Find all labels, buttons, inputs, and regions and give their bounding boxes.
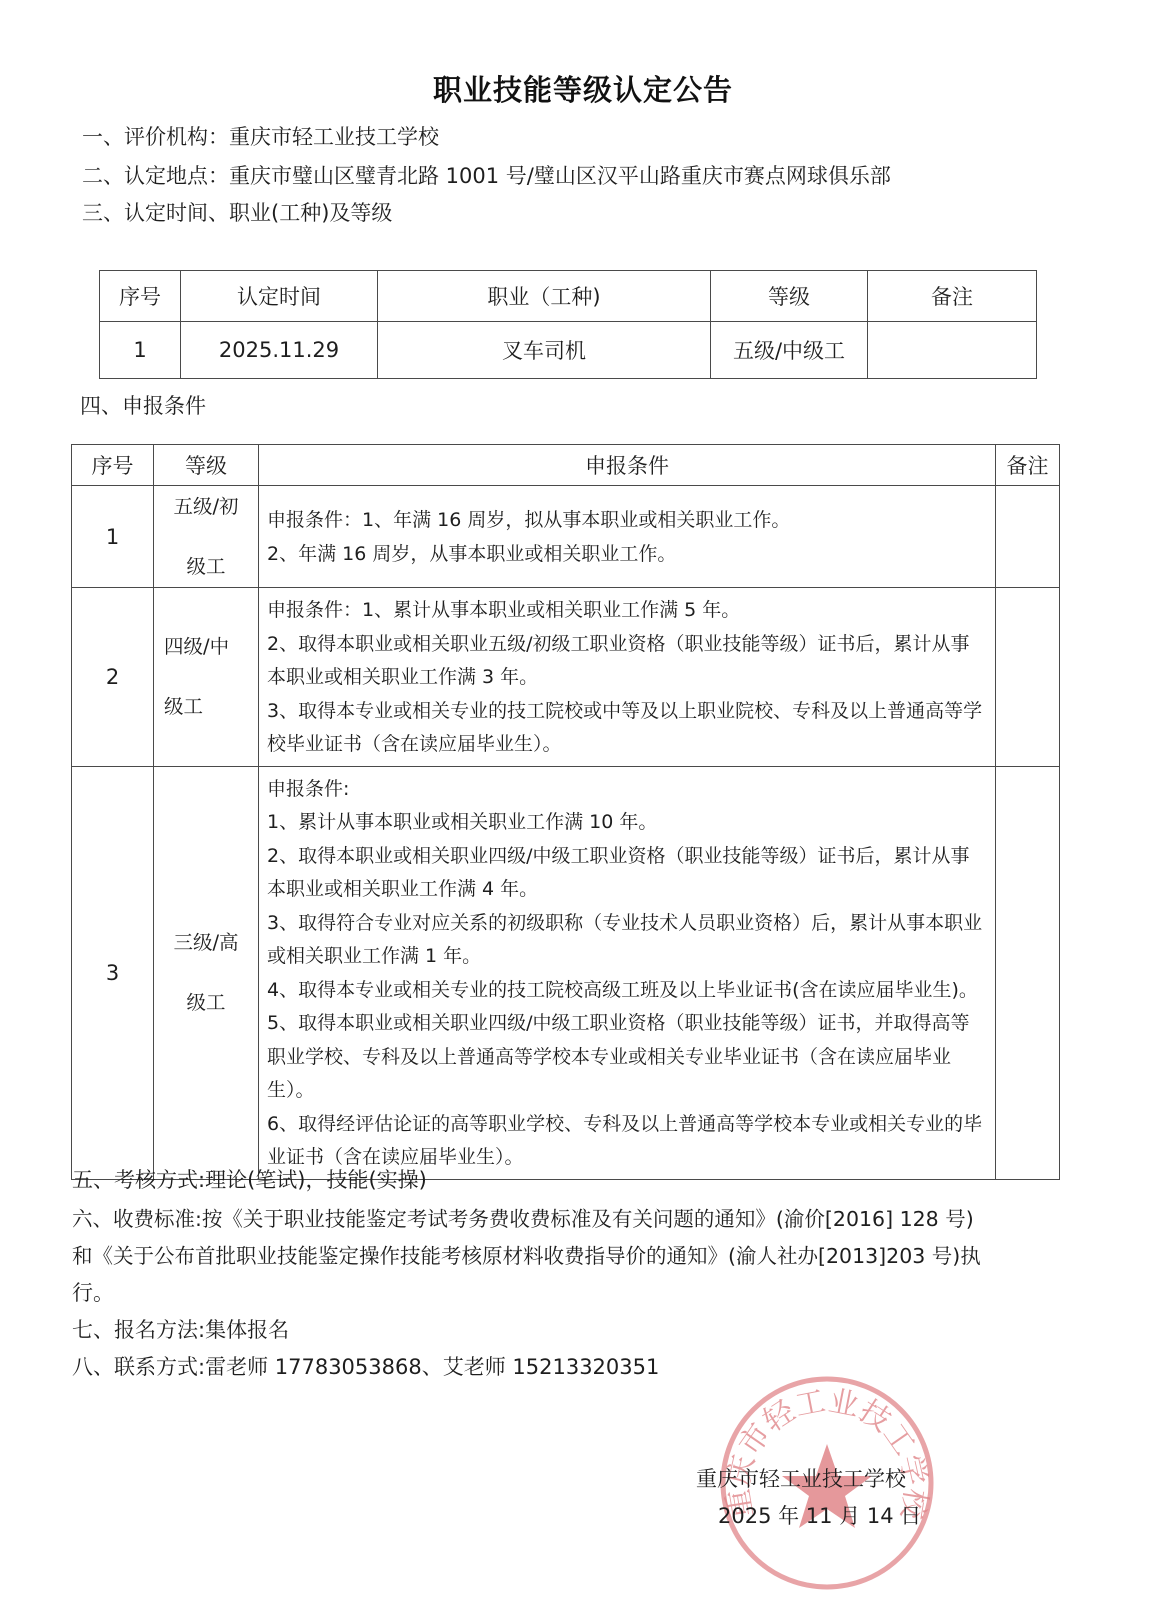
header-date: 认定时间 [181,271,378,322]
level-line1: 四级/中 [164,632,258,662]
condition-item: 5、取得本职业或相关职业四级/中级工职业资格（职业技能等级）证书，并取得高等职业… [267,1007,985,1108]
condition-item: 1、累计从事本职业或相关职业工作满 10 年。 [267,806,985,840]
section-fee-standard-line1: 六、收费标准:按《关于职业技能鉴定考试考务费收费标准及有关问题的通知》(渝价[2… [72,1205,974,1233]
section-location: 二、认定地点：重庆市璧山区璧青北路 1001 号/璧山区汉平山路重庆市赛点网球俱… [82,162,891,190]
header-occupation: 职业（工种) [378,271,711,322]
header-remark: 备注 [868,271,1037,322]
cell-conditions: 申报条件：1、累计从事本职业或相关职业工作满 5 年。 2、取得本职业或相关职业… [259,588,996,767]
cell-level: 五级/初 级工 [154,486,259,588]
header-no: 序号 [72,445,154,486]
cell-remark [868,322,1037,379]
section-registration-method: 七、报名方法:集体报名 [72,1316,289,1344]
header-level: 等级 [711,271,868,322]
section-requirements: 四、申报条件 [80,392,206,420]
cell-level: 三级/高 级工 [154,766,259,1179]
signature-date: 2025 年 11 月 14 日 [718,1500,921,1530]
condition-item: 申报条件：1、累计从事本职业或相关职业工作满 5 年。 [267,594,985,628]
cell-no: 2 [72,588,154,767]
condition-item: 3、取得符合专业对应关系的初级职称（专业技术人员职业资格）后，累计从事本职业或相… [267,907,985,974]
cell-remark [996,486,1060,588]
cell-remark [996,588,1060,767]
cell-conditions: 申报条件: 1、累计从事本职业或相关职业工作满 10 年。 2、取得本职业或相关… [259,766,996,1179]
condition-item: 2、年满 16 周岁，从事本职业或相关职业工作。 [267,538,985,572]
requirements-header-row: 序号 等级 申报条件 备注 [72,445,1060,486]
level-line2: 级工 [154,988,258,1018]
condition-item: 申报条件：1、年满 16 周岁，拟从事本职业或相关职业工作。 [267,504,985,538]
signature-organization: 重庆市轻工业技工学校 [696,1463,906,1493]
section-fee-standard-line3: 行。 [72,1279,114,1307]
condition-item: 6、取得经评估论证的高等职业学校、专科及以上普通高等学校本专业或相关专业的毕业证… [267,1108,985,1175]
level-line2: 级工 [154,552,258,582]
section-fee-standard-line2: 和《关于公布首批职业技能鉴定操作技能考核原材料收费指导价的通知》(渝人社办[20… [72,1242,981,1270]
condition-item: 3、取得本专业或相关专业的技工院校或中等及以上职业院校、专科及以上普通高等学校毕… [267,695,985,762]
cell-no: 3 [72,766,154,1179]
cell-remark [996,766,1060,1179]
header-level: 等级 [154,445,259,486]
table-row: 1 2025.11.29 叉车司机 五级/中级工 [100,322,1037,379]
requirements-table: 序号 等级 申报条件 备注 1 五级/初 级工 申报条件：1、年满 16 周岁，… [71,444,1060,1180]
schedule-table: 序号 认定时间 职业（工种) 等级 备注 1 2025.11.29 叉车司机 五… [99,270,1037,379]
cell-level: 四级/中 级工 [154,588,259,767]
cell-no: 1 [72,486,154,588]
level-line1: 三级/高 [154,928,258,958]
level-line1: 五级/初 [154,492,258,522]
cell-conditions: 申报条件：1、年满 16 周岁，拟从事本职业或相关职业工作。 2、年满 16 周… [259,486,996,588]
table-row: 2 四级/中 级工 申报条件：1、累计从事本职业或相关职业工作满 5 年。 2、… [72,588,1060,767]
cell-date: 2025.11.29 [181,322,378,379]
section-contact: 八、联系方式:雷老师 17783053868、艾老师 15213320351 [72,1353,659,1381]
level-line2: 级工 [164,692,258,722]
header-remark: 备注 [996,445,1060,486]
condition-item: 申报条件: [267,773,985,807]
header-no: 序号 [100,271,181,322]
cell-no: 1 [100,322,181,379]
condition-item: 2、取得本职业或相关职业五级/初级工职业资格（职业技能等级）证书后，累计从事本职… [267,628,985,695]
section-assessment-method: 五、考核方式:理论(笔试)，技能(实操) [72,1166,427,1194]
section-time-occupation-level: 三、认定时间、职业(工种)及等级 [82,199,392,227]
condition-item: 2、取得本职业或相关职业四级/中级工职业资格（职业技能等级）证书后，累计从事本职… [267,840,985,907]
table-row: 1 五级/初 级工 申报条件：1、年满 16 周岁，拟从事本职业或相关职业工作。… [72,486,1060,588]
section-evaluation-org: 一、评价机构：重庆市轻工业技工学校 [82,123,439,151]
cell-occupation: 叉车司机 [378,322,711,379]
table-row: 3 三级/高 级工 申报条件: 1、累计从事本职业或相关职业工作满 10 年。 … [72,766,1060,1179]
cell-level: 五级/中级工 [711,322,868,379]
schedule-header-row: 序号 认定时间 职业（工种) 等级 备注 [100,271,1037,322]
header-conditions: 申报条件 [259,445,996,486]
page-title: 职业技能等级认定公告 [0,68,1166,109]
condition-item: 4、取得本专业或相关专业的技工院校高级工班及以上毕业证书(含在读应届毕业生)。 [267,974,985,1008]
